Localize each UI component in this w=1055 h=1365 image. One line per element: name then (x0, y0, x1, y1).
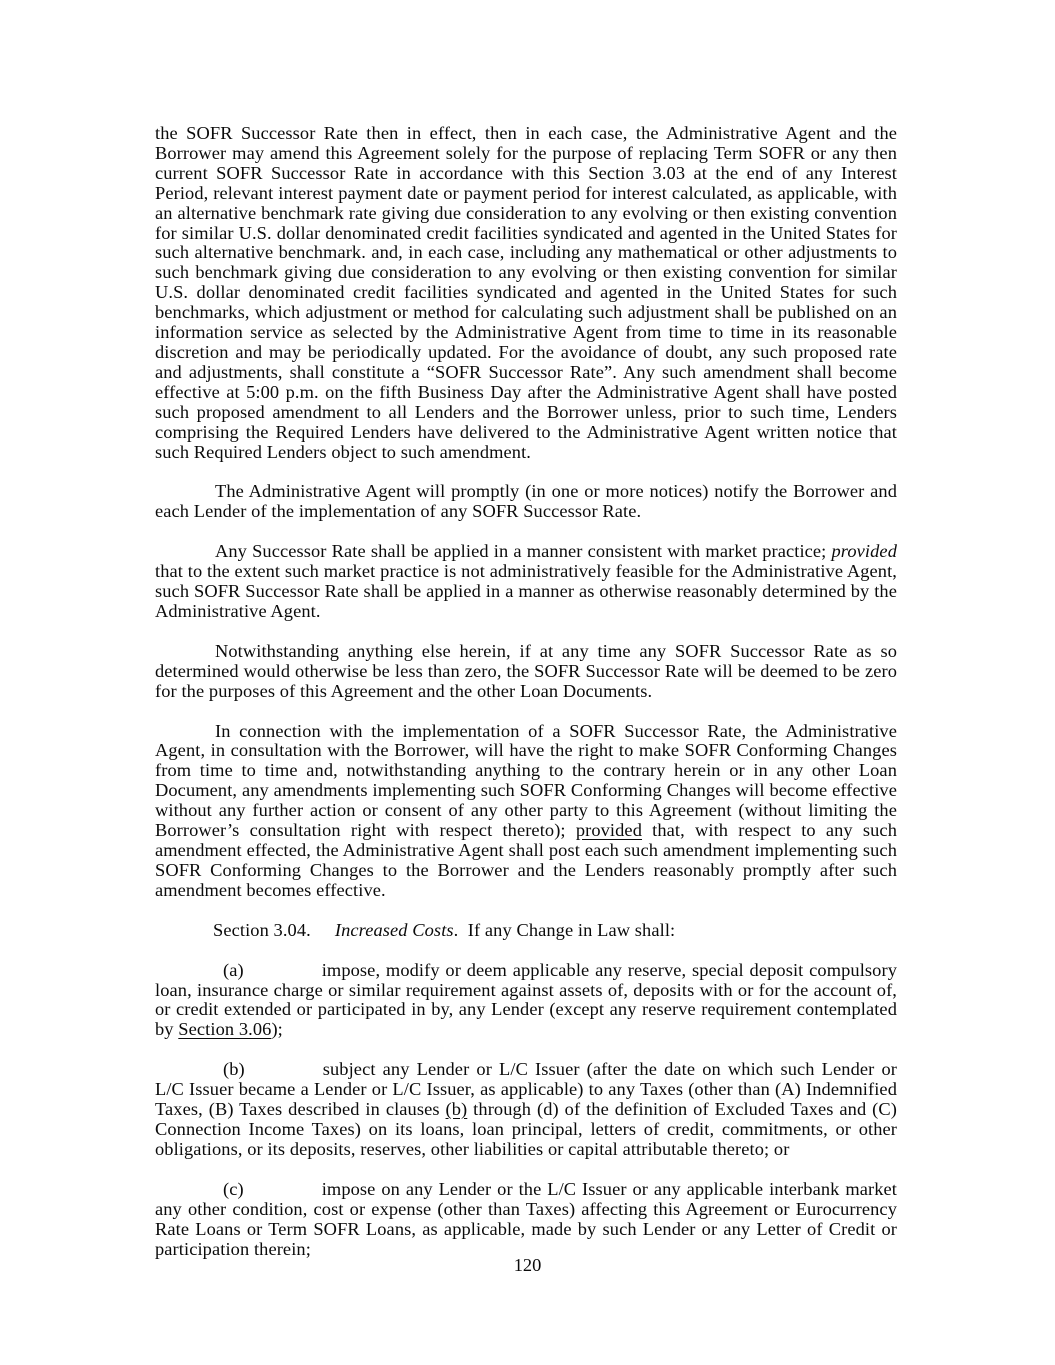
section-number: Section 3.04. (213, 920, 311, 940)
page-number: 120 (0, 1256, 1055, 1276)
tab-spacer (245, 1074, 323, 1075)
paragraph-sofr-successor-rate-amendment: the SOFR Successor Rate then in effect, … (155, 124, 897, 462)
paragraph-text: The Administrative Agent will promptly (… (155, 481, 897, 521)
paragraph-text: Any Successor Rate shall be applied in a… (215, 541, 832, 561)
section-title-italic: Increased Costs (335, 920, 454, 940)
clause-c-label: (c) (223, 1179, 244, 1199)
italic-provided: provided (832, 541, 898, 561)
underlined-provided: provided (576, 820, 642, 840)
clause-c: (c)impose on any Lender or the L/C Issue… (155, 1180, 897, 1260)
clause-a: (a)impose, modify or deem applicable any… (155, 961, 897, 1041)
clause-b: (b)subject any Lender or L/C Issuer (aft… (155, 1060, 897, 1160)
tab-spacer (244, 1194, 322, 1195)
paragraph-text: Notwithstanding anything else herein, if… (155, 641, 897, 701)
paragraph-text: the SOFR Successor Rate then in effect, … (155, 123, 897, 462)
paragraph-text: that to the extent such market practice … (155, 561, 897, 621)
paragraph-conforming-changes: In connection with the implementation of… (155, 722, 897, 901)
tab-spacer (244, 975, 322, 976)
indent-spacer (155, 1194, 223, 1195)
paragraph-text: ); (271, 1019, 282, 1039)
indent-spacer (155, 1074, 223, 1075)
section-heading-3-04: Section 3.04.Increased Costs. If any Cha… (155, 921, 897, 941)
clause-a-label: (a) (223, 960, 244, 980)
underlined-section-3-06-ref: Section 3.06 (178, 1019, 271, 1039)
paragraph-text: impose on any Lender or the L/C Issuer o… (155, 1179, 897, 1259)
tab-spacer (311, 935, 335, 936)
indent-spacer (155, 935, 213, 936)
underlined-clause-b-ref: (b) (446, 1099, 468, 1119)
document-page: the SOFR Successor Rate then in effect, … (0, 0, 1055, 1365)
section-heading-text: . If any Change in Law shall: (454, 920, 676, 940)
indent-spacer (155, 975, 223, 976)
paragraph-admin-agent-notice: The Administrative Agent will promptly (… (155, 482, 897, 522)
paragraph-zero-floor: Notwithstanding anything else herein, if… (155, 642, 897, 702)
clause-b-label: (b) (223, 1059, 245, 1079)
paragraph-successor-rate-application: Any Successor Rate shall be applied in a… (155, 542, 897, 622)
